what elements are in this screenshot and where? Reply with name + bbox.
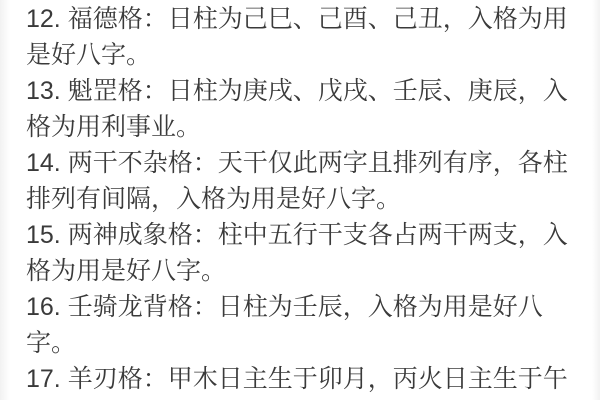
- text-line: 13. 魁罡格：日柱为庚戌、戊戌、壬辰、庚辰，入: [26, 73, 600, 109]
- article-text: 12. 福德格：日柱为己巳、己酉、己丑，入格为用是好八字。13. 魁罡格：日柱为…: [0, 0, 600, 397]
- text-line: 是好八字。: [26, 37, 600, 73]
- text-line: 排列有间隔，入格为用是好八字。: [26, 181, 600, 217]
- text-line: 17. 羊刃格：甲木日主生于卯月，丙火日主生于午: [26, 361, 600, 397]
- text-line: 格为用利事业。: [26, 109, 600, 145]
- article-page: 12. 福德格：日柱为己巳、己酉、己丑，入格为用是好八字。13. 魁罡格：日柱为…: [0, 0, 600, 400]
- text-line: 16. 壬骑龙背格：日柱为壬辰，入格为用是好八: [26, 289, 600, 325]
- text-line: 15. 两神成象格：柱中五行干支各占两干两支，入: [26, 217, 600, 253]
- text-line: 字。: [26, 325, 600, 361]
- text-line: 格为用是好八字。: [26, 253, 600, 289]
- text-line: 14. 两干不杂格：天干仅此两字且排列有序，各柱: [26, 145, 600, 181]
- text-line: 12. 福德格：日柱为己巳、己酉、己丑，入格为用: [26, 1, 600, 37]
